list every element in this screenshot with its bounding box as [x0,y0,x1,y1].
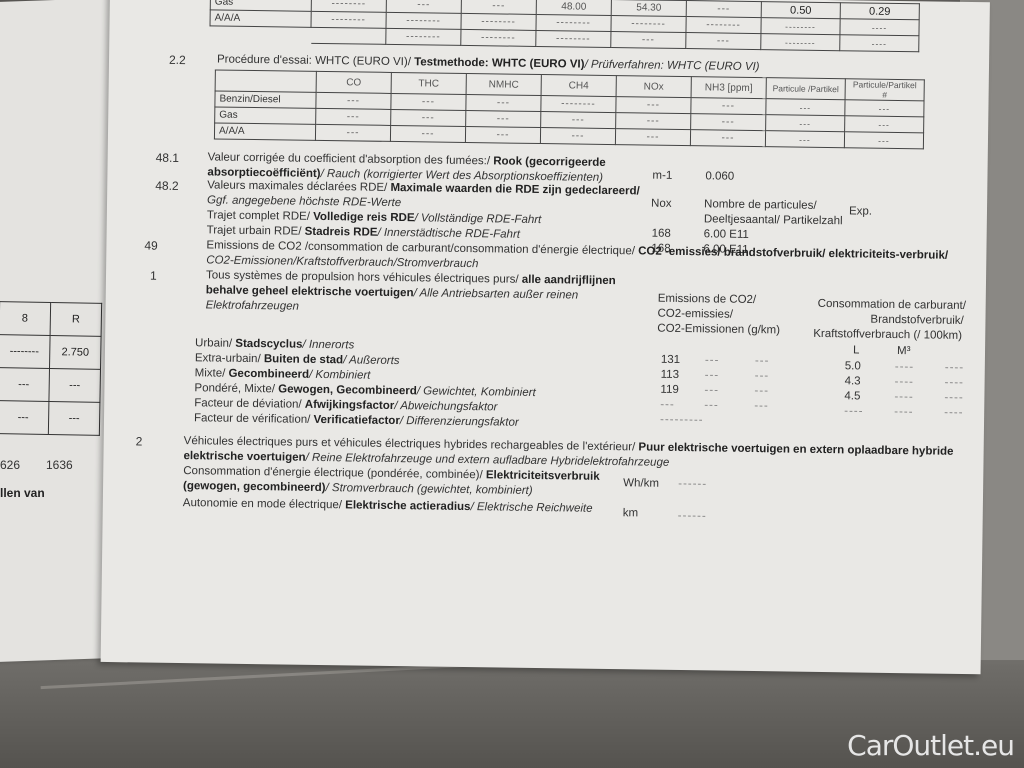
table-cell: --- [390,125,465,142]
table-cell: -------- [461,29,536,46]
header-cell [215,70,316,92]
row-label: Benzin/Diesel [215,91,316,108]
header-particle-count: Particule/Partikel # [845,79,924,101]
table-cell: -------- [541,96,616,113]
table-cell: ---- [840,19,919,36]
table-cell: ---- [840,35,919,52]
title-fr: Procédure d'essai: WHTC (EURO VI)/ [217,54,414,69]
text-nl: Maximale waarden die RDE zijn gedeclaree… [390,182,639,197]
table-cell: --- [765,131,844,148]
cycle-row-label: Pondéré, Mixte/ Gewogen, Gecombineerd/ G… [194,382,535,399]
cycle-row-label: Facteur de vérification/ Verificatiefact… [194,412,519,429]
co2-value: 131 [661,354,680,366]
co2-value: 119 [660,384,679,396]
fuel-value: ---- [894,406,913,418]
table-cell: --- [541,112,616,129]
text-nl: CO2 -emissies/ brandstofverbruik/ elektr… [638,245,948,261]
table-cell: --- [686,33,761,50]
text-nl: Elektrische actieradius [345,499,470,513]
cycle-row-label: Mixte/ Gecombineerd/ Kombiniert [195,367,371,381]
text-de: / Innerorts [302,339,354,352]
header-co: CO [316,71,391,93]
co2-value: --- [755,370,770,382]
col-particles-1: Nombre de particules/ [704,198,817,212]
fuel-value: 4.5 [844,390,860,402]
text-nl: Puur elektrische voertuigen en extern op… [638,441,953,457]
text-nl: behalve geheel elektrische voertuigen [206,284,414,299]
table-cell: --- [48,401,100,435]
table-cell: --- [616,97,691,114]
rde-row-complete: Trajet complet RDE/ Volledige reis RDE/ … [207,209,542,226]
row-label: Gas [215,107,316,124]
item-number-2: 2 [136,434,143,448]
rde-row-urban: Trajet urbain RDE/ Stadreis RDE/ Innerst… [207,224,521,240]
table-cell: --- [690,130,765,147]
electric-range-unit: km [623,507,639,519]
text-de: / Außerorts [343,354,400,367]
table-cell: -------- [536,14,611,31]
table-cell: 48.00 [536,0,611,16]
table-cell: --- [766,115,845,132]
text-fr: Valeur corrigée du coefficient d'absorpt… [208,151,494,167]
fuel-value: ---- [895,361,914,373]
item-number-1: 1 [150,269,157,283]
title-nl: Testmethode: WHTC (EURO VI) [414,56,585,70]
table-cell: --- [616,113,691,130]
item-1-line2: behalve geheel elektrische voertuigen/ A… [206,284,579,301]
text-nl: (gewogen, gecombineerd) [183,480,326,494]
title-de: / Prüfverfahren: WHTC (EURO VI) [584,59,759,73]
cycle-row-label: Extra-urbain/ Buiten de stad/ Außerorts [195,352,400,367]
table-cell: -------- [386,28,461,45]
table-cell: --- [615,129,690,146]
col-particles-2: Deeltjesaantal/ Partikelzahl [704,213,843,227]
text-de: / Vollständige RDE-Fahrt [414,212,541,226]
text-nl: Stadscyclus [235,338,302,351]
header-nh3: NH3 [ppm] [691,77,766,99]
caroutlet-watermark: CarOutlet.eu [847,729,1014,762]
table-cell: --- [611,31,686,48]
table-cell: --- [540,128,615,145]
text-nl: Afwijkingsfactor [305,399,395,412]
item-number-48-2: 48.2 [155,179,179,193]
table-cell: --- [0,368,49,402]
co2-value: --- [705,369,720,381]
fuel-value: ---- [894,391,913,403]
text-fr: Facteur de déviation/ [194,397,305,411]
col-exp: Exp. [849,205,872,217]
electric-consumption-unit: Wh/km [623,477,659,489]
table-cell: --- [686,1,761,18]
item-49-line2: CO2-Emissionen/Kraftstoffverbrauch/Strom… [206,254,478,270]
fuel-value: ---- [844,405,863,417]
text-de: / Elektrische Reichweite [470,501,592,515]
table-cell: --- [316,108,391,125]
table-cell: --- [386,0,461,13]
top-emissions-table: Gas -------- --- --- 48.00 54.30 --- 0.5… [209,0,920,52]
text-nl: elektrische voertuigen [183,450,305,464]
table-cell: 0.50 [761,2,840,19]
fuel-value: ---- [945,362,964,374]
electric-consumption-line2: (gewogen, gecombineerd)/ Stromverbrauch … [183,480,533,497]
table-cell: --- [461,0,536,14]
col-nox: Nox [651,198,672,210]
left-value-1: 626 [0,458,20,472]
cycle-row-label: Urbain/ Stadscyclus/ Innerorts [195,337,354,351]
fuel-header-1: Consommation de carburant/ [818,298,966,312]
left-header-8: 8 [0,302,51,336]
left-value-2: 1636 [46,458,73,472]
header-thc: THC [391,72,466,94]
table-cell: --- [315,124,390,141]
co2-value: --- [704,399,719,411]
text-fr: Pondéré, Mixte/ [194,382,278,395]
unit-liters: L [853,344,860,356]
section-number-2-2: 2.2 [169,53,186,67]
smoke-absorption-value: 0.060 [705,170,734,182]
left-page-table: 8R --------2.750 ------ ------ [0,301,102,436]
table-cell: --- [316,92,391,109]
header-nox: NOx [616,76,691,98]
text-fr: Extra-urbain/ [195,352,264,365]
text-fr: Trajet complet RDE/ [207,209,313,222]
co2-value: --- [755,355,770,367]
row-label: A/A/A [210,10,311,27]
table-cell [311,27,386,44]
cycle-row-label: Facteur de déviation/ Afwijkingsfactor/ … [194,397,497,413]
co2-header-3: CO2-Emissionen (g/km) [657,323,780,337]
table-cell: --- [845,116,924,133]
co2-value: --- [754,385,769,397]
co2-value: --------- [660,414,704,427]
text-nl: Verificatiefactor [313,414,399,427]
header-ch4: CH4 [541,75,616,97]
text-fr: Facteur de vérification/ [194,412,314,426]
table-cell: 0.29 [840,3,919,20]
unit-m-1: m-1 [652,170,672,182]
text-de: / Gewichtet, Kombiniert [417,385,536,399]
text-de: / Abweichungsfaktor [394,400,497,413]
left-header-r: R [50,303,102,337]
electric-range-line: Autonomie en mode électrique/ Elektrisch… [183,497,593,515]
text-de: / Alle Antriebsarten außer reinen [413,287,578,301]
table-cell: --- [466,94,541,111]
header-particle: Particule /Partikel [766,78,845,100]
text-nl: Volledige reis RDE [313,211,415,224]
electric-range-value: ------ [678,510,707,522]
table-cell: 2.750 [50,336,102,370]
table-cell: --- [845,100,924,117]
table-cell: --- [391,109,466,126]
text-nl: Gewogen, Gecombineerd [278,383,417,397]
fuel-header-3: Kraftstoffverbrauch (/ 100km) [813,328,962,342]
row-label: A/A/A [214,123,315,140]
co2-value: --- [704,384,719,396]
table-cell: -------- [761,34,840,51]
fuel-value: ---- [944,407,963,419]
table-cell: --- [0,401,49,435]
text-fr: Valeurs maximales déclarées RDE/ [207,179,390,194]
table-cell: -------- [761,18,840,35]
item-1-line3: Elektrofahrzeugen [206,299,300,312]
fuel-header-2: Brandstofverbruik/ [870,314,963,327]
rde-complete-particles: 6.00 E11 [704,228,749,241]
rde-complete-nox: 168 [652,228,671,240]
text-fr: Trajet urbain RDE/ [207,224,305,237]
co2-header-2: CO2-emissies/ [657,308,733,321]
table-cell: -------- [386,12,461,29]
text-nl: Buiten de stad [264,353,343,366]
table-cell: --- [391,93,466,110]
table-cell: -------- [461,13,536,30]
table-cell: -------- [686,17,761,34]
text-de: / Kombiniert [309,369,371,382]
text-nl: Elektriciteitsverbruik [486,469,600,483]
text-de: / Differenzierungsfaktor [400,415,519,429]
text-de: / Stromverbrauch (gewichtet, kombiniert) [325,482,532,497]
whtc-emissions-table: CO THC NMHC CH4 NOx NH3 [ppm] Particule … [214,69,925,149]
unit-cubic-meters: M³ [897,345,911,357]
fuel-value: ---- [944,392,963,404]
table-cell: -------- [611,16,686,33]
text-de: / Innerstädtische RDE-Fahrt [377,227,520,241]
fuel-value: ---- [945,377,964,389]
text-nl: Stadreis RDE [305,226,378,239]
item-48-2-line2: Ggf. angegebene höchste RDE-Werte [207,194,401,209]
co2-value: --- [705,354,720,366]
co2-value: --- [660,399,675,411]
text-nl: absorptiecoëfficiënt) [207,166,320,180]
item-number-49: 49 [144,239,158,253]
left-bottom-text: llen van [0,486,45,500]
fuel-value: ---- [895,376,914,388]
document-page: Gas -------- --- --- 48.00 54.30 --- 0.5… [101,0,990,674]
table-cell: --- [691,98,766,115]
co2-value: --- [754,400,769,412]
table-cell: -------- [311,11,386,28]
table-cell: --- [466,110,541,127]
electric-consumption-value: ------ [678,478,707,490]
row-label [210,26,311,43]
table-cell: --- [691,114,766,131]
text-nl: Gecombineerd [228,368,309,381]
table-cell: 54.30 [611,0,686,17]
fuel-value: 5.0 [845,360,861,372]
table-cell: -------- [0,335,50,369]
text-fr: Consommation d'énergie électrique (pondé… [183,465,486,481]
item-number-48-1: 48.1 [156,151,180,165]
co2-header-1: Emissions de CO2/ [658,293,757,306]
table-cell: --- [49,369,101,403]
text-fr: Urbain/ [195,337,235,350]
header-nmhc: NMHC [466,73,541,95]
table-cell: --- [766,99,845,116]
text-de: / Reine Elektrofahrzeuge und extern aufl… [305,452,669,469]
text-nl: alle aandrijflijnen [522,274,616,287]
table-cell: -------- [536,30,611,47]
fuel-value: 4.3 [845,375,861,387]
text-fr: Autonomie en mode électrique/ [183,497,346,511]
table-cell: --- [465,126,540,143]
text-fr: Tous systèmes de propulsion hors véhicul… [206,269,522,285]
text-nl: Rook (gecorrigeerde [493,155,606,169]
co2-value: 113 [661,369,680,381]
text-fr: Mixte/ [195,367,229,379]
table-cell: --- [844,132,923,149]
